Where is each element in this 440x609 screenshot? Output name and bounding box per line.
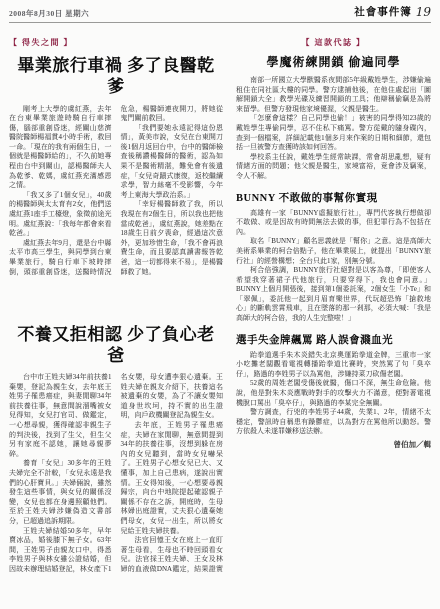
body-paragraph: 取名「BUNNY」顧名思義就是「幫你」之意。這是高師大美術系畢業的柯合倍點子，他… [236, 237, 431, 266]
body-paragraph: 去年底，王姓男子罹患癌症，夫婦在家閒聊，無意間提到34年的扶養往事，沒想到躲在房… [121, 421, 224, 536]
body-paragraph: 警方調查，行兇的李姓男子44歲，失業1、2年，情緒不太穩定，警訊時自稱患有躁鬱症… [236, 408, 431, 437]
right-column-body: 南部一所國立大學獸醫系夜間部5年級戴姓學生，涉嫌偷遍租住在同社區大樓的同學。警方… [236, 76, 431, 437]
header-rule [9, 22, 431, 23]
body-paragraph: 52歲的周姓老闆受傷後就醫，傷口不深，無生命危險。他說，他是對朱木炎應戰時對手的… [236, 379, 431, 408]
newspaper-page: 2008年8月30日 星期六 社會事件簿 19 【 得失之間 】 畢業旅行車禍 … [0, 0, 440, 609]
article1-headline: 畢業旅行車禍 多了良醫乾爹 [9, 55, 223, 98]
left-column: 【 得失之間 】 畢業旅行車禍 多了良醫乾爹 剛考上大學的虞紅燕，去年在台東畢業… [9, 37, 223, 581]
section-tag-right: 【 這款代誌 】 [236, 37, 431, 48]
article2-headline: 不養又拒相認 少了負心老爸 [9, 324, 223, 367]
body-paragraph: 「怎麼會這樣？自己同學也偷！」被害的同學得知23歲的戴姓學生專偷同學，忍不住私下… [236, 114, 431, 152]
page-body: 【 得失之間 】 畢業旅行車禍 多了良醫乾爹 剛考上大學的虞紅燕，去年在台東畢業… [9, 37, 431, 581]
masthead-right: 社會事件簿 19 [354, 4, 431, 19]
page-number: 19 [416, 5, 431, 19]
body-paragraph: 「我們要她永遠記得這份恩情」，黃美市說，女兒在台東開刀後1個月返回台中，台中的醫… [121, 124, 224, 201]
body-paragraph: 台中市王姓夫婦34年前扶養1棄嬰，登記為親生女，去年底王姓男子罹患癌症，與妻閒聊… [9, 373, 112, 459]
sub-headline: 選手失金牌飆罵 路人誤會濺血光 [236, 332, 431, 347]
right-column: 【 這款代誌 】 學魔術練開鎖 偷遍同學 南部一所國立大學獸醫系夜間部5年級戴姓… [236, 37, 431, 581]
body-paragraph: 「我又多了1個女兒」，40歲的楊醫師與太太育有2女，他們送虞紅燕1座手工檯燈，象… [9, 191, 112, 239]
sub-headline: BUNNY 不敢做的事幫你實現 [236, 190, 431, 205]
byline: 曾伯加／輯 [236, 439, 431, 450]
body-paragraph: 南部一所國立大學獸醫系夜間部5年級戴姓學生，涉嫌偷遍租住在同社區大樓的同學。警方… [236, 76, 431, 114]
article3-headline: 學魔術練開鎖 偷遍同學 [236, 53, 431, 70]
article1-body: 剛考上大學的虞紅燕，去年在台東畢業旅遊時騎自行車摔傷，腦部重創昏迷，經關山慈濟醫… [9, 105, 223, 308]
date-label: 2008年8月30日 星期六 [9, 8, 89, 19]
body-paragraph: 「幸好楊醫師救了我，所以我現在有2個生日，所以我也把他當成乾爸」，虞紅燕說，她差… [121, 200, 224, 277]
body-paragraph: 高雄有一家「BUNNY虛擬旅行社」，專門代客執行想做卻不敢做、或是因故有時間無法… [236, 209, 431, 238]
section-tag-left: 【 得失之間 】 [9, 37, 223, 48]
column-gutter [223, 37, 236, 581]
article2-body: 台中市王姓夫婦34年前扶養1棄嬰，登記為親生女，去年底王姓男子罹患癌症，與妻閒聊… [9, 373, 223, 581]
section-title: 社會事件簿 [354, 4, 412, 19]
body-paragraph: 養育「女兒」30多年的王姓夫婦完全不計較，「女兒永遠是我們的心肝寶貝。」夫婦倆說… [9, 459, 112, 526]
masthead: 2008年8月30日 星期六 社會事件簿 19 [9, 5, 431, 19]
body-paragraph: 柯合倍強調，BUNNY旅行社絕對是以客為尊，「即使客人希望我穿著裙子代他旅行，只… [236, 266, 431, 324]
body-paragraph: 剛考上大學的虞紅燕，去年在台東畢業旅遊時騎自行車摔傷，腦部重創昏迷，經關山慈濟醫… [9, 105, 112, 191]
body-paragraph: 跆拳道選手朱木炎錯失北京奧運跆拳道金牌，三重市一家小吃攤老闆觀看電視轉播跆拳道比… [236, 351, 431, 380]
body-paragraph: 學校系主任說，戴姓學生經常缺課，常會胡思亂想，疑有情緒方面的問題；他父親是醫生，… [236, 153, 431, 182]
